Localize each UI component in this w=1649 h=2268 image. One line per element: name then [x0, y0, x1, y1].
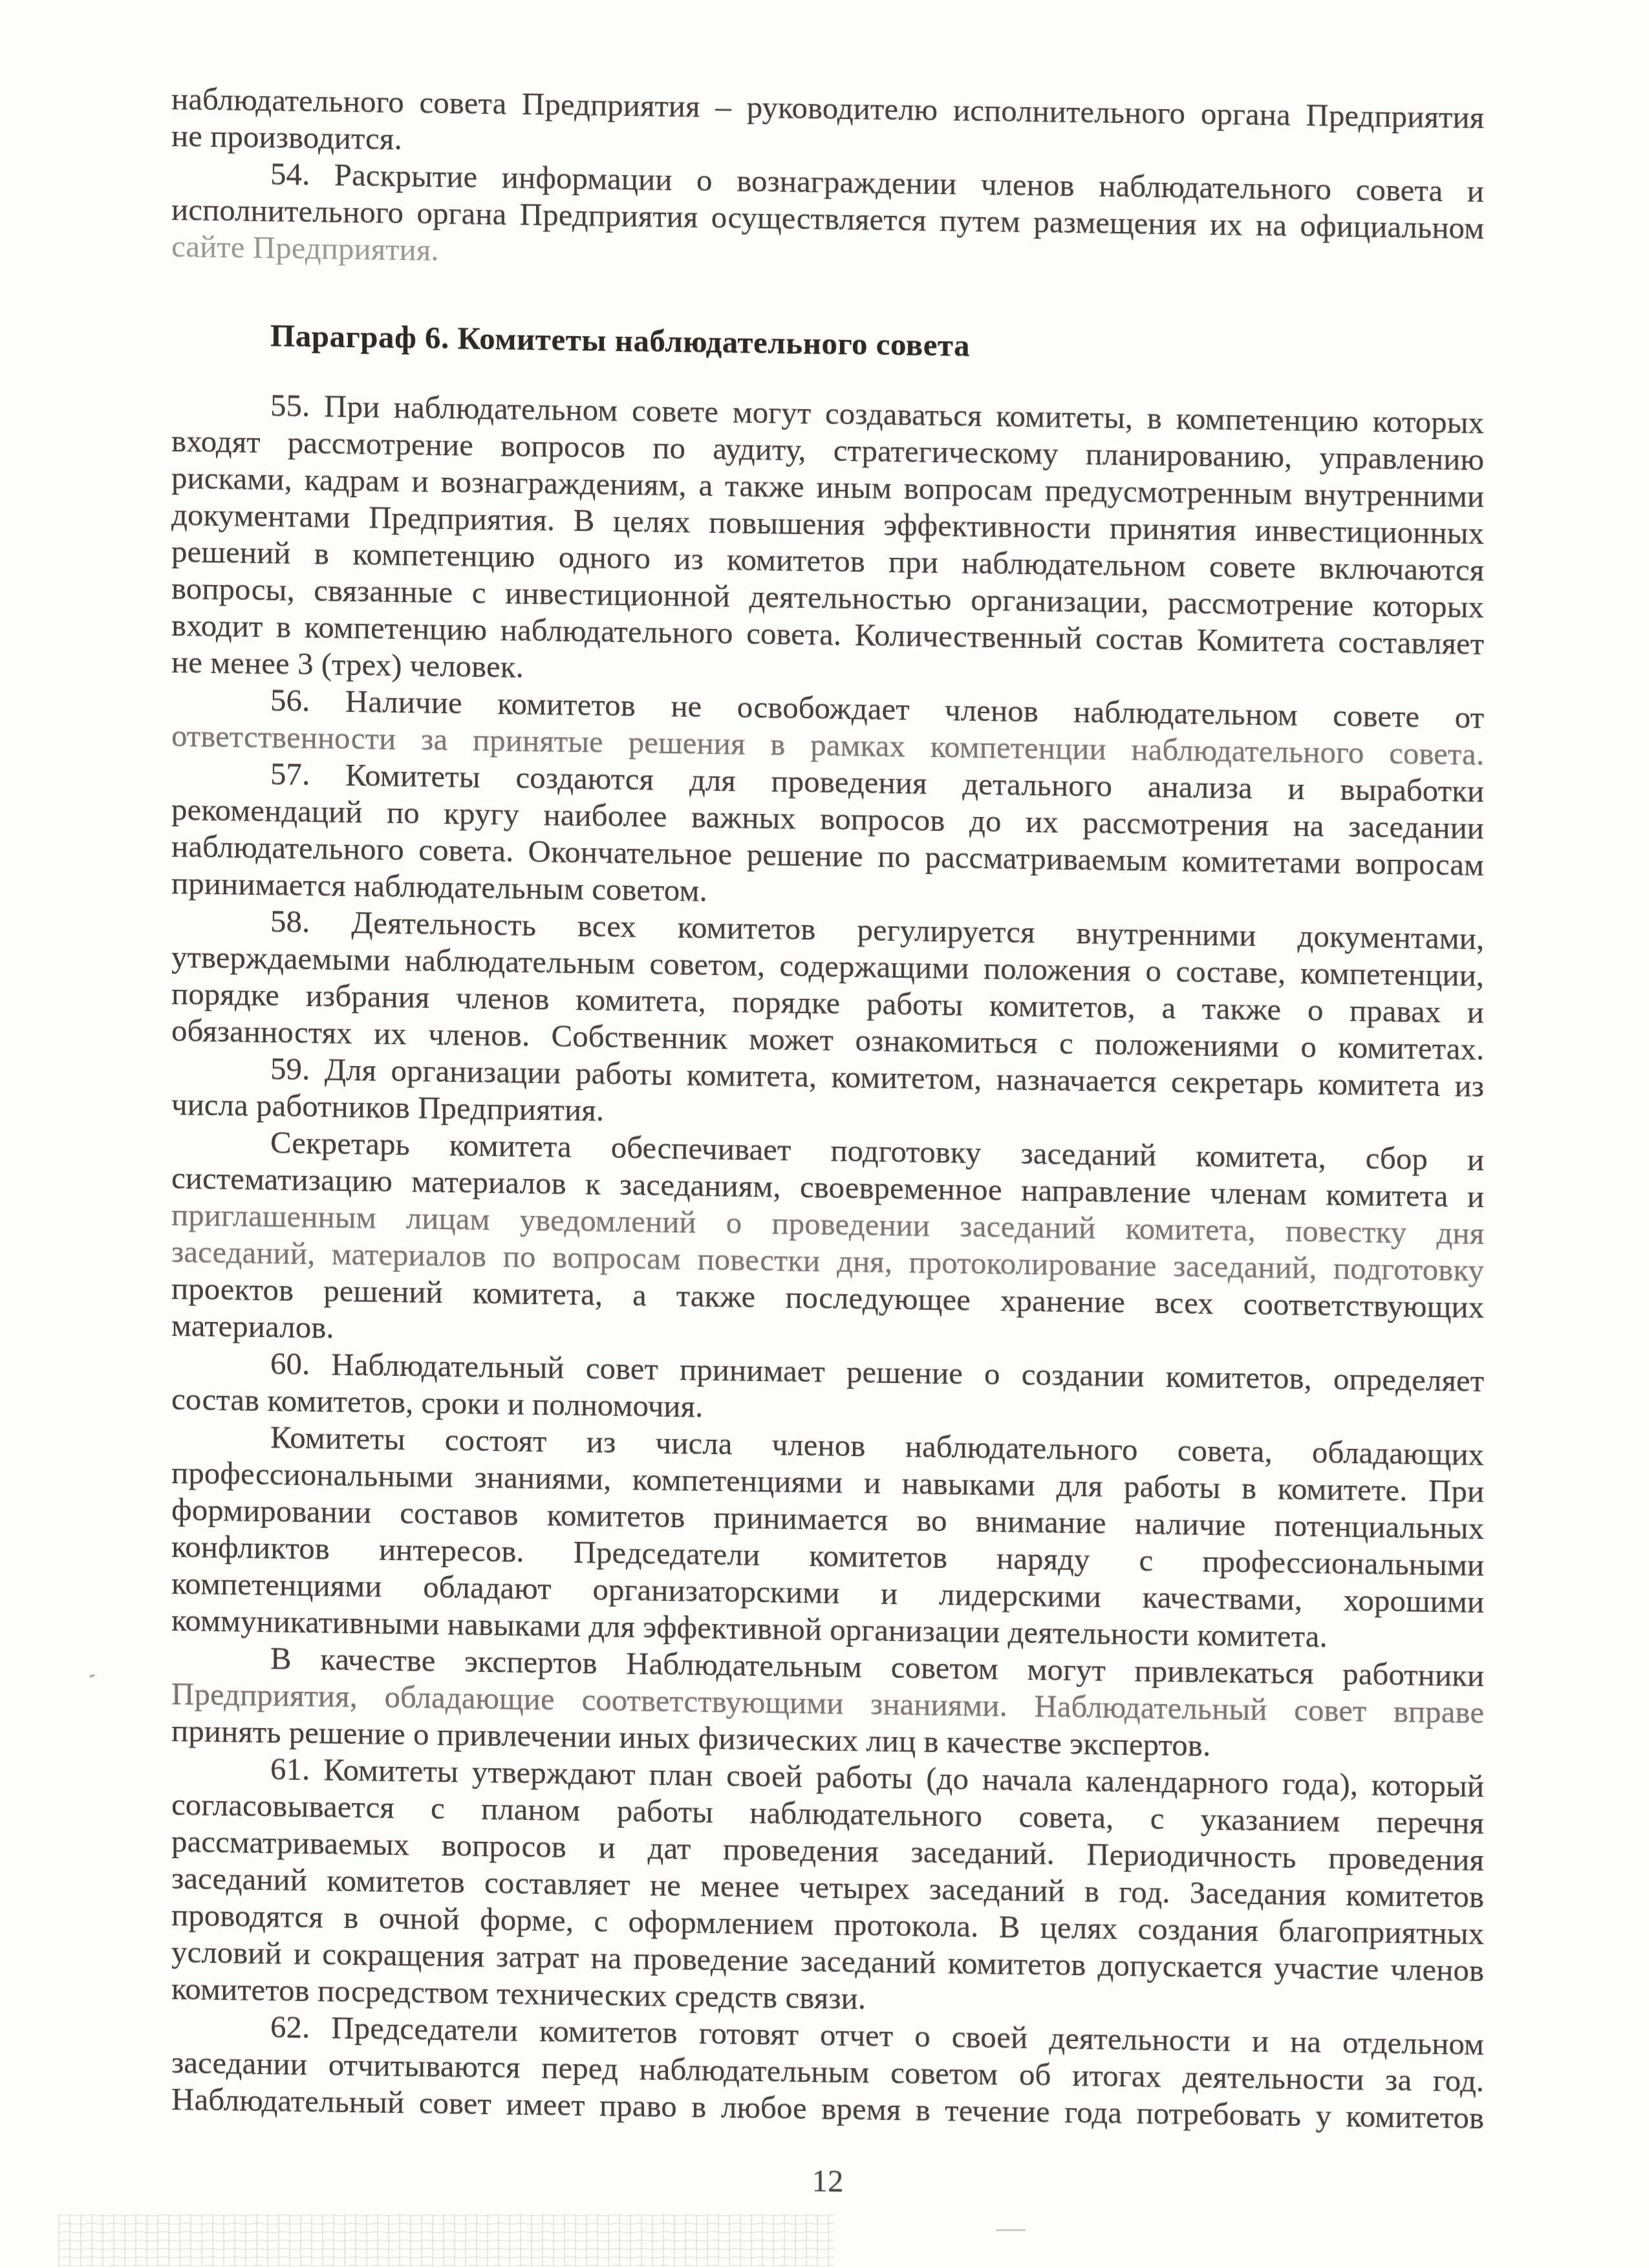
word: целях — [1040, 1909, 1117, 1947]
word: наблюдательного — [171, 828, 404, 868]
word: 55. — [270, 387, 310, 424]
word: Наблюдательный — [171, 2081, 404, 2121]
word: компетенции, — [1300, 954, 1484, 994]
word: комитетов — [497, 685, 636, 723]
word: перед — [541, 2049, 618, 2087]
word: ознакомиться — [855, 1022, 1037, 1061]
word: наблюдательного — [1131, 731, 1364, 771]
word: заседаниям, — [620, 1166, 781, 1205]
paragraph: 62.Председателикомитетовготовятотчетосво… — [171, 2007, 1484, 2136]
word: одного — [559, 539, 651, 577]
word: которых — [1373, 403, 1484, 441]
word: для — [689, 761, 736, 798]
word: участие — [1274, 1949, 1379, 1987]
word: заседаний — [929, 1870, 1065, 1909]
word: внутренними — [1304, 475, 1484, 515]
word: план — [649, 1756, 713, 1793]
word: наблюдательного — [749, 1794, 982, 1834]
word: и — [1467, 994, 1484, 1031]
word: членов — [772, 1426, 866, 1464]
word: наблюдательного — [501, 611, 733, 651]
word: лидерскими — [939, 1576, 1101, 1615]
word: наблюдательном — [394, 389, 618, 429]
word: привлекаться — [1134, 1652, 1313, 1691]
word: связанные — [314, 572, 453, 610]
word: их — [1026, 803, 1059, 840]
word: принимается — [713, 1499, 888, 1538]
word: в — [1242, 1470, 1256, 1506]
word: качестве — [320, 1640, 435, 1679]
word: года), — [1282, 1765, 1358, 1803]
word: хранение — [1000, 1281, 1125, 1320]
word: заседании — [171, 2044, 307, 2082]
word: деятельности — [1183, 2058, 1364, 2097]
word: в — [691, 2088, 706, 2125]
word: наличие — [1135, 1504, 1246, 1543]
word: документами — [171, 496, 350, 535]
word: Комитеты — [270, 1418, 405, 1457]
word: вопросам — [552, 1238, 681, 1277]
word: инвестиционных — [1255, 511, 1484, 551]
word: экспертов — [464, 1642, 598, 1681]
word: итогах — [1072, 2057, 1161, 2095]
word: с — [431, 1790, 445, 1826]
word: входят — [171, 422, 261, 460]
word: компетенцию — [352, 535, 535, 575]
word: дня — [1436, 1214, 1484, 1252]
word: работы — [816, 1758, 912, 1796]
word: Периодичность — [1086, 1835, 1296, 1876]
word: комитетов — [809, 1537, 947, 1576]
word: заседаний — [960, 1207, 1095, 1246]
word: на — [590, 1939, 621, 1976]
word: их — [1210, 206, 1243, 243]
word: и — [599, 1828, 616, 1865]
word: лицам — [406, 1199, 490, 1237]
word: а — [698, 467, 713, 504]
word: профессиональными — [171, 1454, 453, 1495]
word: также — [676, 1277, 756, 1315]
word: организаторскими — [592, 1570, 839, 1610]
word: работы — [1124, 1468, 1220, 1506]
word: затрат — [496, 1938, 579, 1976]
word: назначается — [997, 1060, 1157, 1100]
word: работы — [867, 985, 963, 1023]
word: и — [1467, 1141, 1484, 1178]
word: Для — [325, 1051, 376, 1088]
word: рассмотрение — [288, 424, 473, 464]
word: членов — [981, 166, 1075, 204]
word: регулируется — [857, 911, 1035, 950]
word: заседании — [1348, 808, 1484, 846]
word: с — [594, 1902, 608, 1939]
word: комитетов — [547, 1496, 685, 1535]
word: навыками — [902, 1464, 1035, 1503]
word: важных — [691, 798, 796, 837]
word: с — [1139, 1541, 1153, 1578]
word: совете — [1209, 548, 1296, 586]
word: планированию, — [1086, 435, 1292, 475]
paragraph: ВкачествеэкспертовНаблюдательнымсоветомм… — [171, 1638, 1484, 1768]
word: управлению — [1319, 438, 1484, 478]
word: исполнительного — [171, 191, 404, 231]
word: протоколирование — [909, 1243, 1156, 1283]
word: из — [1454, 1067, 1484, 1104]
word: наблюдательном — [1073, 693, 1297, 733]
word: наблюдательного — [905, 1428, 1138, 1468]
word: Окончательное — [528, 833, 733, 873]
word: по — [387, 794, 420, 831]
word: советом, — [649, 945, 764, 984]
word: вправе — [1394, 1693, 1484, 1731]
word: органа — [416, 194, 506, 232]
word: формировании — [171, 1491, 371, 1530]
word: и — [294, 1935, 310, 1972]
word: комитета — [1318, 1065, 1440, 1104]
word: хорошими — [1344, 1581, 1484, 1620]
scan-bleedthrough-artifact — [58, 2214, 834, 2266]
word: Наблюдательным — [626, 1645, 862, 1685]
word: создания — [1137, 1910, 1258, 1949]
word: в — [770, 725, 785, 762]
paragraph: 57.Комитетысоздаютсядляпроведениядетальн… — [171, 754, 1484, 920]
word: избрания — [306, 977, 430, 1016]
word: наблюдательного — [1099, 167, 1331, 208]
word: с — [472, 574, 486, 611]
word: заседаний, — [171, 1233, 315, 1272]
word: и — [864, 1464, 881, 1501]
word: своевременное — [800, 1168, 1002, 1208]
word: повестки — [698, 1241, 821, 1279]
word: наиболее — [544, 796, 667, 835]
word: организации, — [971, 581, 1148, 621]
word: членам — [1210, 1174, 1307, 1212]
word: работники — [1342, 1655, 1484, 1694]
word: освобождает — [737, 689, 910, 728]
word: с — [1150, 1800, 1164, 1837]
word: всех — [577, 907, 636, 945]
word: комитетов — [539, 2012, 678, 2051]
word: направление — [1021, 1171, 1191, 1211]
word: также — [1202, 990, 1282, 1028]
word: документами, — [1297, 917, 1484, 957]
word: дня, — [837, 1243, 892, 1280]
word: заседаний. — [911, 1833, 1054, 1872]
word: членов — [1390, 1951, 1484, 1989]
word: профессиональными — [1202, 1543, 1484, 1583]
word: В — [270, 1640, 292, 1676]
word: знаниями. — [870, 1685, 1008, 1724]
word: комитета, — [1125, 1210, 1255, 1248]
word: вознаграждении — [737, 162, 956, 202]
word: Председатели — [574, 1534, 760, 1573]
paragraph: 55.Принаблюдательномсоветемогутсоздавать… — [171, 385, 1484, 699]
word: эффективности — [883, 506, 1091, 546]
word: принимает — [680, 1351, 825, 1389]
word: своей — [726, 1757, 803, 1795]
word: Собственник — [551, 1017, 727, 1056]
word: от — [1455, 698, 1484, 736]
word: года — [1064, 2093, 1122, 2131]
word: комитете. — [1278, 1470, 1408, 1508]
word: членов — [456, 979, 550, 1017]
word: в — [1147, 400, 1162, 436]
word: своей — [952, 2018, 1028, 2056]
word: составов — [400, 1494, 518, 1533]
word: до — [969, 802, 1001, 840]
word: в — [916, 2091, 931, 2128]
word: путем — [940, 202, 1020, 240]
word: составляет — [1338, 623, 1484, 662]
word: уведомлений — [520, 1201, 696, 1241]
word: состав — [1095, 619, 1183, 658]
word: указанием — [1201, 1801, 1341, 1839]
word: знаниями, — [474, 1459, 611, 1497]
word: который — [1372, 1766, 1484, 1804]
word: и — [1467, 1178, 1484, 1215]
word: целях — [613, 502, 690, 540]
word: содержащими — [779, 947, 969, 986]
word: составе, — [1176, 952, 1286, 990]
word: Предприятия. — [369, 498, 555, 538]
word: решения — [629, 723, 746, 762]
word: любое — [721, 2088, 807, 2126]
word: совета — [1355, 171, 1443, 209]
word: комитета, — [576, 981, 706, 1020]
word: совете — [1333, 697, 1419, 735]
word: советом — [890, 2054, 998, 2092]
word: обеспечивает — [611, 1129, 792, 1168]
word: 61. — [270, 1750, 310, 1788]
word: и — [412, 462, 429, 499]
word: членов — [945, 691, 1039, 729]
word: в — [1084, 1872, 1099, 1909]
word: на — [1290, 2023, 1321, 2060]
word: соответствующими — [581, 1681, 843, 1722]
word: комитетом, — [831, 1058, 982, 1097]
word: при — [889, 543, 938, 581]
word: стратегическому — [834, 432, 1059, 472]
word: обязанностях — [171, 1012, 352, 1051]
word: их — [374, 1014, 407, 1052]
word: В — [574, 502, 595, 539]
word: обладающих — [1312, 1433, 1484, 1473]
word: вопросов — [442, 1826, 566, 1865]
word: информации — [502, 158, 673, 198]
word: выработки — [1340, 771, 1484, 809]
word: вопросы, — [171, 570, 295, 608]
word: советом — [891, 1649, 998, 1687]
word: очной — [379, 1899, 460, 1938]
word: Председатели — [331, 2009, 518, 2049]
word: год. — [1119, 1873, 1170, 1910]
word: по — [503, 1237, 536, 1275]
paragraph: 54.Раскрытиеинформацииовознаграждениичле… — [171, 154, 1484, 283]
word: с — [1059, 1025, 1073, 1062]
word: проведение — [633, 1940, 788, 1978]
word: согласовывается — [171, 1786, 394, 1826]
word: решение — [846, 1353, 963, 1392]
word: дат — [647, 1830, 691, 1867]
word: из — [674, 540, 704, 577]
word: членов. — [428, 1016, 530, 1054]
word: создаваться — [825, 394, 982, 433]
word: 60. — [270, 1345, 310, 1382]
word: во — [916, 1501, 947, 1539]
word: утверждают — [472, 1753, 636, 1793]
word: допускается — [1097, 1947, 1262, 1986]
word: работы — [617, 1792, 713, 1830]
word: рассматриваемых — [171, 1823, 409, 1863]
word: о — [984, 1355, 1000, 1392]
word: кругу — [444, 795, 519, 833]
word: заседаний, — [1173, 1247, 1317, 1286]
word: комитетами — [1181, 842, 1341, 881]
word: комитетах. — [1338, 1029, 1484, 1067]
word: секретарь — [1171, 1063, 1304, 1102]
word: право — [599, 2086, 677, 2124]
word: создании — [1022, 1356, 1145, 1395]
word: ответственности — [171, 717, 396, 757]
word: 54. — [270, 155, 310, 193]
word: совета. — [418, 831, 513, 869]
word: год. — [1433, 2062, 1484, 2099]
word: рамках — [810, 726, 905, 764]
word: Наличие — [345, 683, 462, 722]
word: совета. — [1389, 734, 1484, 773]
word: проведения — [771, 762, 927, 801]
paragraph: Секретарькомитетаобеспечиваетподготовкуз… — [171, 1122, 1484, 1362]
word: которых — [1373, 587, 1484, 625]
word: комитетов — [1346, 1876, 1484, 1915]
word: деятельности — [1049, 2019, 1231, 2059]
word: официальном — [1300, 207, 1484, 246]
word: время — [821, 2090, 901, 2128]
word: компетенцию — [305, 608, 487, 648]
word: а — [632, 1276, 647, 1313]
word: потребовать — [1136, 2094, 1301, 2134]
scan-dash-artifact — [996, 2229, 1026, 2231]
word: материалов — [332, 1236, 486, 1274]
word: рекомендаций — [171, 791, 362, 830]
word: отчитываются — [329, 2046, 521, 2085]
word: Заседания — [1190, 1874, 1326, 1913]
word: (до — [926, 1760, 969, 1797]
word: работы — [576, 1054, 672, 1093]
word: комитетов — [727, 540, 865, 579]
word: 56. — [270, 681, 310, 719]
word: планом — [481, 1790, 580, 1828]
word: отчет — [820, 2016, 893, 2054]
word: Предприятия — [522, 85, 700, 125]
word: Предприятия, — [171, 1675, 358, 1715]
word: деятельностью — [749, 578, 951, 617]
word: комитетов, — [1166, 1358, 1312, 1396]
word: Деятельность — [351, 904, 536, 943]
paragraph: 58.Деятельностьвсехкомитетоврегулируется… — [171, 901, 1484, 1067]
word: менее — [700, 1867, 779, 1905]
word: начала — [982, 1760, 1072, 1799]
word: кадрам — [305, 461, 400, 499]
word: составляет — [484, 1864, 630, 1903]
paragraph: Комитетысостоятизчислачленовнаблюдательн… — [171, 1417, 1484, 1657]
word: определяет — [1333, 1360, 1484, 1399]
word: сбор — [1365, 1139, 1427, 1177]
word: интересов. — [379, 1531, 524, 1570]
word: качествами, — [1143, 1578, 1302, 1618]
word: комитетов — [948, 1944, 1086, 1983]
word: комитета, — [473, 1274, 603, 1313]
word: положения — [984, 950, 1131, 989]
word: При — [1428, 1472, 1484, 1510]
word: условий — [171, 1933, 282, 1971]
word: наблюдательным — [640, 2050, 870, 2090]
word: комитета — [1326, 1176, 1448, 1215]
word: Количественный — [855, 616, 1083, 656]
word: протокола. — [834, 1906, 978, 1945]
word: Предприятия — [1306, 96, 1484, 136]
word: анализа — [1148, 768, 1253, 806]
word: совете — [632, 392, 718, 430]
word: имеет — [506, 2085, 585, 2123]
word: проведения — [1328, 1839, 1484, 1878]
word: 59. — [270, 1050, 310, 1087]
word: комитеты, — [996, 397, 1133, 436]
word: комитета — [449, 1126, 572, 1165]
word: отдельном — [1342, 2024, 1484, 2062]
word: материалов — [411, 1162, 566, 1201]
document-body: наблюдательногосоветаПредприятия–руковод… — [171, 80, 1484, 2209]
word: совета — [420, 83, 507, 122]
word: решений — [171, 533, 290, 572]
word: потенциальных — [1274, 1506, 1484, 1546]
word: перечня — [1376, 1803, 1483, 1841]
word: Наблюдательный — [331, 1346, 564, 1386]
word: состоят — [445, 1421, 547, 1459]
word: сокращения — [322, 1935, 484, 1974]
word: подготовку — [830, 1132, 981, 1171]
word: о — [914, 2017, 931, 2054]
word: о — [726, 1204, 742, 1241]
word: комитета, — [1196, 1137, 1326, 1176]
word: внимание — [976, 1503, 1106, 1541]
word: предусмотренным — [1045, 471, 1293, 511]
word: инвестиционной — [505, 574, 730, 614]
word: подготовку — [1333, 1250, 1484, 1289]
word: по — [878, 838, 911, 875]
word: входит — [171, 606, 263, 645]
word: правах — [1350, 992, 1441, 1030]
word: проектов — [171, 1270, 294, 1309]
word: Раскрытие — [334, 156, 477, 195]
word: наряду — [997, 1539, 1090, 1578]
word: проводятся — [171, 1896, 323, 1935]
word: может — [749, 1020, 834, 1058]
word: последующее — [785, 1279, 971, 1318]
word: совета. — [746, 615, 841, 653]
word: компетенцию — [1176, 400, 1359, 439]
word: 58. — [270, 903, 310, 940]
paragraph: 61.Комитетыутверждаютплансвоейработы(дон… — [171, 1749, 1484, 2026]
word: обладают — [423, 1568, 551, 1607]
word: на — [1256, 206, 1287, 244]
word: компетенции — [931, 728, 1106, 767]
word: также — [725, 467, 804, 505]
word: не — [671, 687, 702, 725]
word: В — [999, 1908, 1020, 1945]
word: наблюдательного — [171, 80, 404, 120]
word: 57. — [270, 755, 310, 793]
